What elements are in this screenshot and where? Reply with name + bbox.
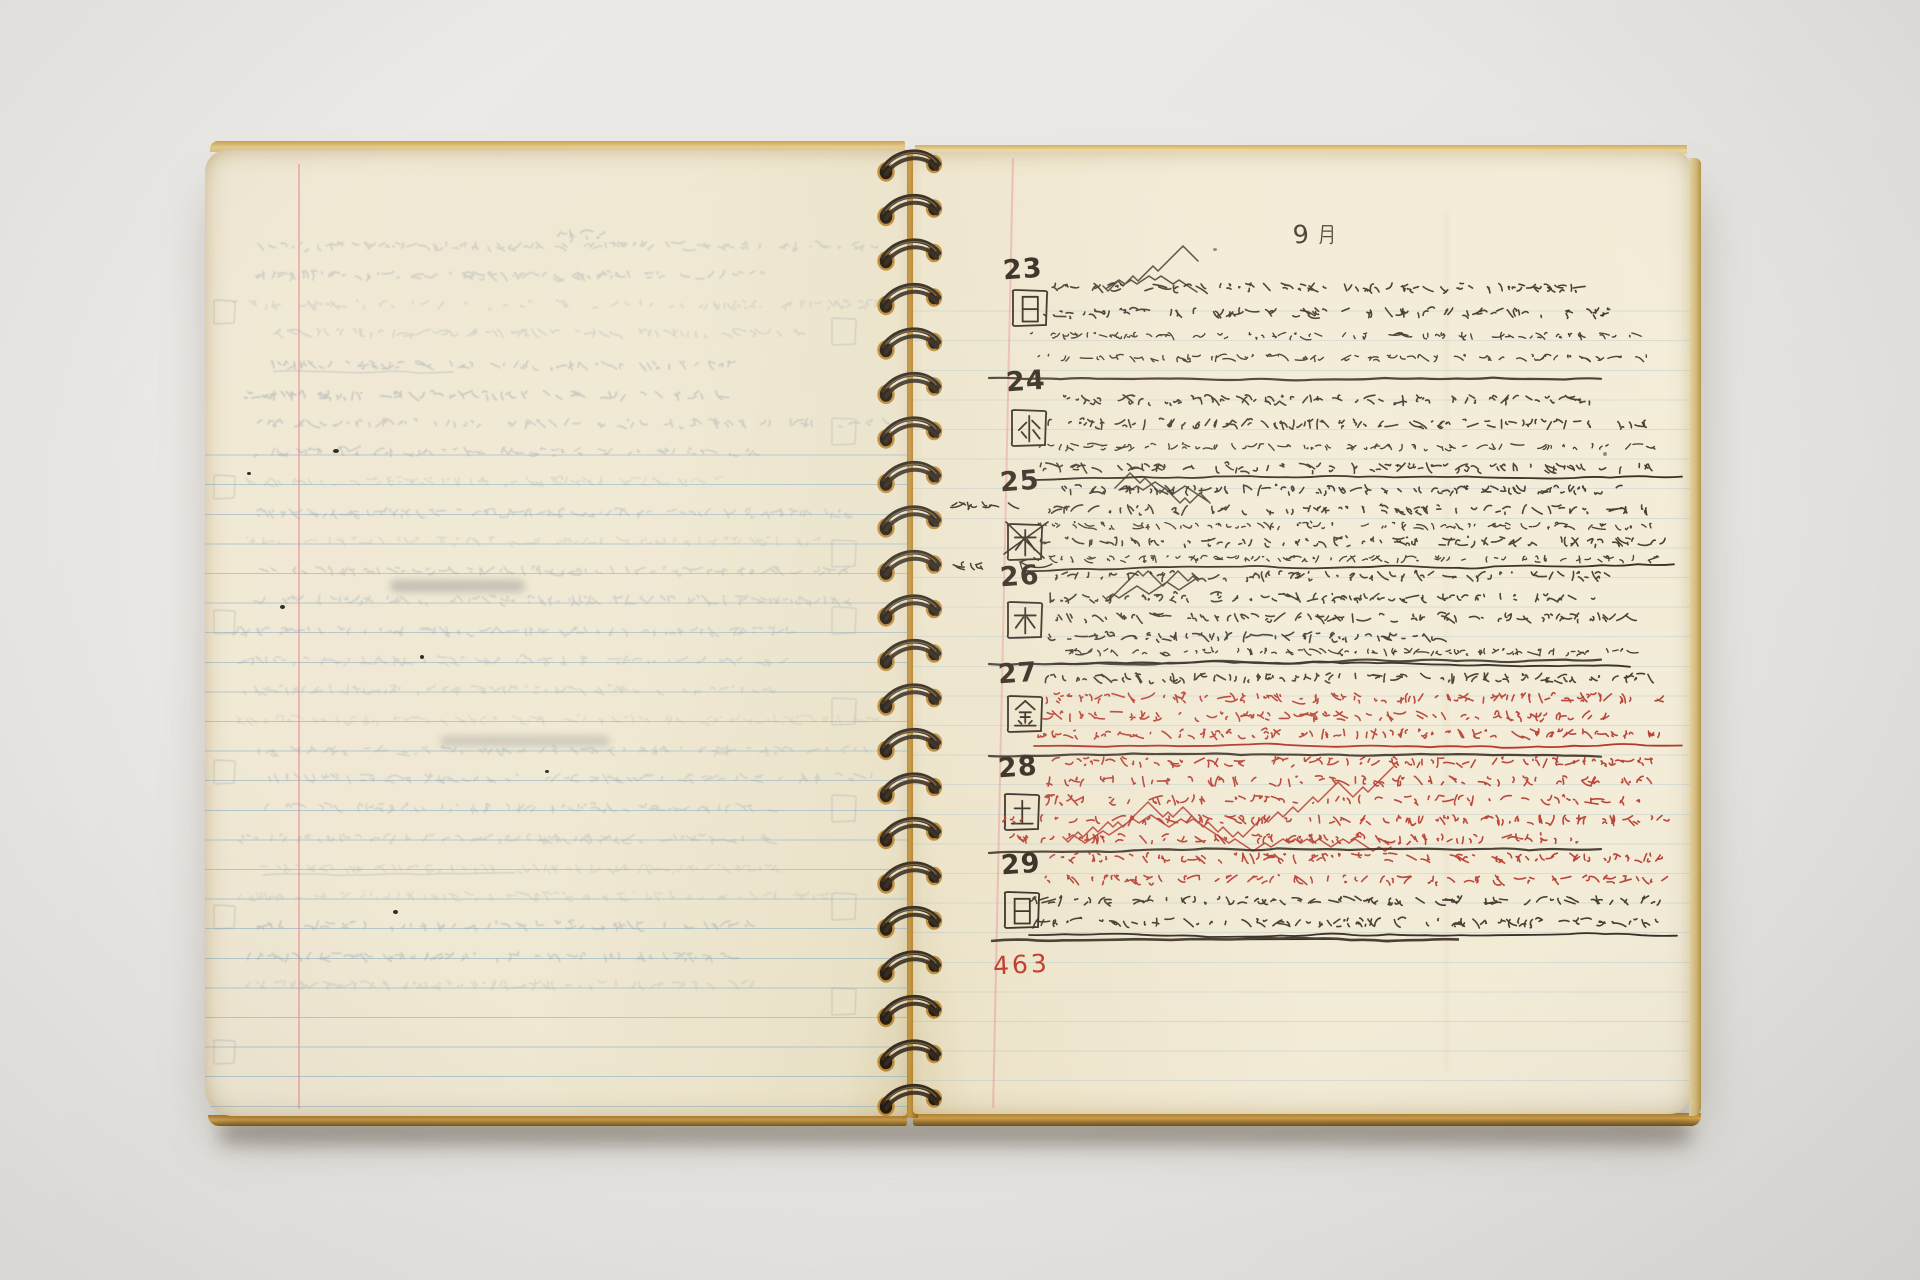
spiral-coil	[879, 775, 942, 804]
handwritten-line	[1038, 521, 1651, 530]
handwritten-line	[1062, 484, 1622, 495]
handwritten-line	[1039, 443, 1655, 451]
spiral-binding	[840, 130, 970, 1140]
right-page: 9 463 23242526272829	[913, 152, 1690, 1114]
handwritten-line	[1064, 395, 1590, 406]
handwritten-line	[1010, 833, 1578, 845]
diary-entry-23	[989, 246, 1646, 380]
handwritten-line	[1040, 536, 1665, 548]
handwritten-line	[1050, 853, 1662, 864]
diary-entry-27	[989, 673, 1682, 757]
pencil-smudge	[440, 736, 610, 746]
ink-speck	[333, 449, 339, 453]
handwritten-line	[1033, 917, 1658, 928]
spiral-coil	[879, 686, 942, 715]
spiral-coil	[879, 997, 942, 1026]
kanji-木	[1015, 608, 1036, 634]
handwritten-line	[1048, 632, 1446, 643]
diary-entry-26	[989, 571, 1638, 667]
spiral-coil	[879, 374, 942, 403]
handwritten-line	[1038, 728, 1659, 739]
showthrough-lines	[214, 230, 889, 1064]
handwritten-line	[1003, 815, 1669, 826]
kanji-土	[1012, 801, 1033, 824]
ink-speck	[1603, 452, 1607, 456]
diary-entry-28	[989, 757, 1669, 853]
spiral-coil	[879, 330, 942, 359]
spiral-coil	[879, 508, 942, 537]
entry-divider	[989, 753, 1601, 756]
pencil-smudge	[390, 580, 525, 592]
handwritten-line	[1048, 418, 1646, 429]
day-box	[214, 760, 236, 784]
entry-date: 29	[1000, 850, 1041, 880]
right-side-stack-edge	[1689, 158, 1701, 1116]
ink-speck	[1213, 248, 1217, 251]
kanji-日	[1023, 297, 1038, 322]
handwritten-line	[1047, 776, 1652, 787]
handwritten-line	[1066, 647, 1638, 656]
underline-stroke	[1034, 476, 1682, 480]
handwritten-line	[1043, 711, 1609, 722]
ink-speck	[545, 770, 549, 773]
handwritten-line	[1049, 504, 1647, 515]
ink-speck	[247, 472, 251, 475]
underline-stroke	[1034, 744, 1682, 748]
handwritten-line	[1038, 354, 1646, 362]
right-page-handwriting	[913, 152, 1690, 1114]
entry-date: 26	[999, 562, 1040, 592]
spiral-coil	[879, 864, 942, 893]
left-page	[205, 150, 907, 1116]
handwritten-line	[1034, 555, 1659, 562]
handwritten-line	[1050, 592, 1595, 603]
handwritten-line	[1052, 757, 1652, 768]
spiral-coil	[879, 641, 942, 670]
spiral-coil	[879, 419, 942, 448]
spiral-coil	[879, 730, 942, 759]
spiral-coil	[879, 819, 942, 848]
diary-entry-24	[1012, 395, 1682, 480]
entry-date: 27	[997, 659, 1038, 689]
kanji-日	[1015, 899, 1030, 924]
spiral-coil	[879, 908, 942, 937]
left-page-showthrough-writing	[205, 150, 907, 1116]
strikethrough-scribble	[1103, 571, 1198, 601]
day-box	[214, 1040, 236, 1064]
entry-divider	[989, 848, 1601, 853]
notebook-photo: 9 463 23242526272829	[0, 0, 1920, 1280]
day-box	[214, 610, 236, 634]
spiral-coil	[879, 597, 942, 626]
ink-speck	[393, 910, 398, 914]
handwritten-line	[1056, 612, 1636, 623]
spiral-coil	[879, 953, 942, 982]
day-box	[214, 475, 236, 499]
handwritten-line	[1046, 692, 1663, 704]
spiral-coil	[879, 552, 942, 581]
spiral-coil	[879, 1086, 942, 1115]
entry-date: 24	[1005, 367, 1046, 397]
diary-entry-25	[951, 473, 1674, 571]
end-of-entries-line	[991, 938, 1459, 941]
underline-stroke	[1029, 933, 1677, 937]
handwritten-line	[1031, 332, 1642, 339]
handwritten-line	[1040, 462, 1652, 474]
spiral-coil	[879, 1042, 942, 1071]
diary-entry-29	[1005, 853, 1677, 937]
ink-speck	[420, 655, 424, 659]
handwritten-line	[1045, 875, 1667, 886]
day-box	[214, 905, 236, 929]
entry-divider	[989, 378, 1601, 381]
day-box	[214, 300, 236, 324]
spiral-coil	[879, 463, 942, 492]
handwritten-line	[1031, 896, 1660, 906]
spiral-coil	[879, 196, 942, 225]
handwritten-line	[1044, 307, 1610, 319]
underline-stroke	[1026, 564, 1674, 571]
ink-speck	[280, 605, 285, 609]
kanji-水	[1019, 416, 1040, 442]
entry-date: 25	[999, 467, 1040, 497]
handwritten-line	[1052, 283, 1585, 293]
entry-date: 23	[1002, 255, 1043, 285]
handwritten-line	[1045, 795, 1639, 806]
handwritten-line	[1045, 673, 1653, 684]
kanji-金	[1015, 701, 1036, 726]
spiral-coil	[879, 241, 942, 270]
spiral-coil	[879, 152, 942, 181]
entry-divider	[989, 660, 1601, 665]
spiral-coil	[879, 285, 942, 314]
entry-date: 28	[997, 753, 1038, 783]
